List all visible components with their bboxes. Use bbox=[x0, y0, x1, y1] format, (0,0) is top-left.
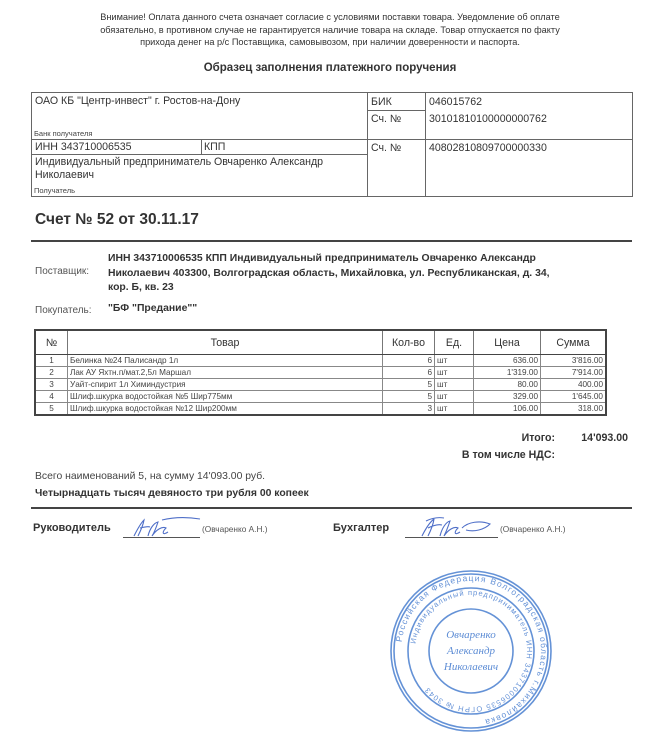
row-sum: 7'914.00 bbox=[541, 367, 607, 379]
recipient-name-line2: Николаевич bbox=[35, 169, 323, 182]
total-label: Итого: bbox=[400, 432, 555, 444]
accountant-signature-icon bbox=[418, 512, 498, 540]
recipient-inn: ИНН 343710006535 bbox=[35, 141, 132, 153]
row-name: Шлиф.шкурка водостойкая №12 Шир200мм bbox=[68, 403, 383, 416]
stamp-center-line1: Овчаренко bbox=[446, 629, 496, 641]
row-sum: 3'816.00 bbox=[541, 355, 607, 367]
bank-name: ОАО КБ "Центр-инвест" г. Ростов-на-Дону bbox=[35, 95, 240, 107]
director-signature-icon bbox=[128, 514, 203, 540]
recipient-name: Индивидуальный предприниматель Овчаренко… bbox=[35, 156, 323, 182]
row-num: 4 bbox=[35, 391, 68, 403]
row-price: 106.00 bbox=[474, 403, 541, 416]
header-name: Товар bbox=[68, 330, 383, 355]
table-row: 1 Белинка №24 Палисандр 1л 6 шт 636.00 3… bbox=[35, 355, 606, 367]
divider bbox=[31, 240, 632, 242]
row-price: 636.00 bbox=[474, 355, 541, 367]
row-num: 5 bbox=[35, 403, 68, 416]
divider bbox=[32, 154, 367, 155]
company-stamp-icon: Российская Федерация Волгоградская облас… bbox=[388, 568, 554, 734]
stamp-center-line2: Александр bbox=[446, 645, 496, 657]
row-name: Лак АУ Яхтн.п/мат.2,5л Маршал bbox=[68, 367, 383, 379]
row-qty: 5 bbox=[383, 391, 435, 403]
row-price: 329.00 bbox=[474, 391, 541, 403]
bik-label: БИК bbox=[371, 96, 392, 108]
row-price: 80.00 bbox=[474, 379, 541, 391]
account-value: 40802810809700000330 bbox=[429, 142, 547, 154]
account-label: Сч. № bbox=[371, 142, 401, 154]
buyer-label: Покупатель: bbox=[35, 305, 92, 316]
payment-notice: Внимание! Оплата данного счета означает … bbox=[85, 11, 575, 49]
row-qty: 6 bbox=[383, 355, 435, 367]
buyer-value: "БФ "Предание"" bbox=[108, 302, 197, 317]
row-qty: 3 bbox=[383, 403, 435, 416]
vat-label: В том числе НДС: bbox=[400, 449, 555, 461]
header-sum: Сумма bbox=[541, 330, 607, 355]
recipient-name-line1: Индивидуальный предприниматель Овчаренко… bbox=[35, 156, 323, 169]
items-table: № Товар Кол-во Ед. Цена Сумма 1 Белинка … bbox=[34, 329, 607, 416]
row-name: Белинка №24 Палисандр 1л bbox=[68, 355, 383, 367]
director-label: Руководитель bbox=[33, 522, 111, 534]
bik-value: 046015762 bbox=[429, 96, 482, 108]
divider bbox=[367, 139, 632, 140]
bank-label: Банк получателя bbox=[34, 129, 92, 138]
table-header-row: № Товар Кол-во Ед. Цена Сумма bbox=[35, 330, 606, 355]
divider bbox=[31, 507, 632, 509]
row-unit: шт bbox=[435, 403, 474, 416]
header-num: № bbox=[35, 330, 68, 355]
director-name: (Овчаренко А.Н.) bbox=[202, 524, 268, 534]
divider bbox=[425, 93, 426, 196]
bank-details-table: ОАО КБ "Центр-инвест" г. Ростов-на-Дону … bbox=[31, 92, 633, 197]
recipient-label: Получатель bbox=[34, 186, 75, 195]
supplier-line2: Николаевич 403300, Волгоградская область… bbox=[108, 267, 638, 282]
row-unit: шт bbox=[435, 355, 474, 367]
divider bbox=[201, 139, 202, 154]
kpp-label: КПП bbox=[204, 141, 225, 153]
divider bbox=[367, 93, 368, 196]
table-row: 2 Лак АУ Яхтн.п/мат.2,5л Маршал 6 шт 1'3… bbox=[35, 367, 606, 379]
header-price: Цена bbox=[474, 330, 541, 355]
row-name: Уайт-спирит 1л Химиндустрия bbox=[68, 379, 383, 391]
supplier-line1: ИНН 343710006535 КПП Индивидуальный пред… bbox=[108, 252, 638, 267]
corr-account-label: Сч. № bbox=[371, 113, 401, 125]
items-count-summary: Всего наименований 5, на сумму 14'093.00… bbox=[35, 471, 265, 482]
amount-in-words: Четырнадцать тысяч девяносто три рубля 0… bbox=[35, 488, 309, 499]
row-unit: шт bbox=[435, 367, 474, 379]
row-price: 1'319.00 bbox=[474, 367, 541, 379]
payment-sample-title: Образец заполнения платежного поручения bbox=[0, 62, 660, 74]
supplier-details: ИНН 343710006535 КПП Индивидуальный пред… bbox=[108, 252, 638, 296]
row-num: 2 bbox=[35, 367, 68, 379]
row-qty: 6 bbox=[383, 367, 435, 379]
row-sum: 318.00 bbox=[541, 403, 607, 416]
total-value: 14'093.00 bbox=[560, 432, 628, 444]
row-sum: 400.00 bbox=[541, 379, 607, 391]
invoice-title: Счет № 52 от 30.11.17 bbox=[35, 211, 199, 229]
accountant-label: Бухгалтер bbox=[333, 522, 389, 534]
supplier-label: Поставщик: bbox=[35, 266, 89, 277]
corr-account-value: 30101810100000000762 bbox=[429, 113, 547, 125]
header-unit: Ед. bbox=[435, 330, 474, 355]
row-num: 1 bbox=[35, 355, 68, 367]
table-row: 4 Шлиф.шкурка водостойкая №5 Шир775мм 5 … bbox=[35, 391, 606, 403]
header-qty: Кол-во bbox=[383, 330, 435, 355]
row-unit: шт bbox=[435, 379, 474, 391]
row-unit: шт bbox=[435, 391, 474, 403]
row-name: Шлиф.шкурка водостойкая №5 Шир775мм bbox=[68, 391, 383, 403]
row-sum: 1'645.00 bbox=[541, 391, 607, 403]
table-row: 5 Шлиф.шкурка водостойкая №12 Шир200мм 3… bbox=[35, 403, 606, 416]
divider bbox=[367, 110, 425, 111]
row-num: 3 bbox=[35, 379, 68, 391]
stamp-center-line3: Николаевич bbox=[443, 661, 498, 673]
divider bbox=[32, 139, 367, 140]
supplier-line3: кор. Б, кв. 23 bbox=[108, 281, 638, 296]
table-row: 3 Уайт-спирит 1л Химиндустрия 5 шт 80.00… bbox=[35, 379, 606, 391]
row-qty: 5 bbox=[383, 379, 435, 391]
accountant-name: (Овчаренко А.Н.) bbox=[500, 524, 566, 534]
